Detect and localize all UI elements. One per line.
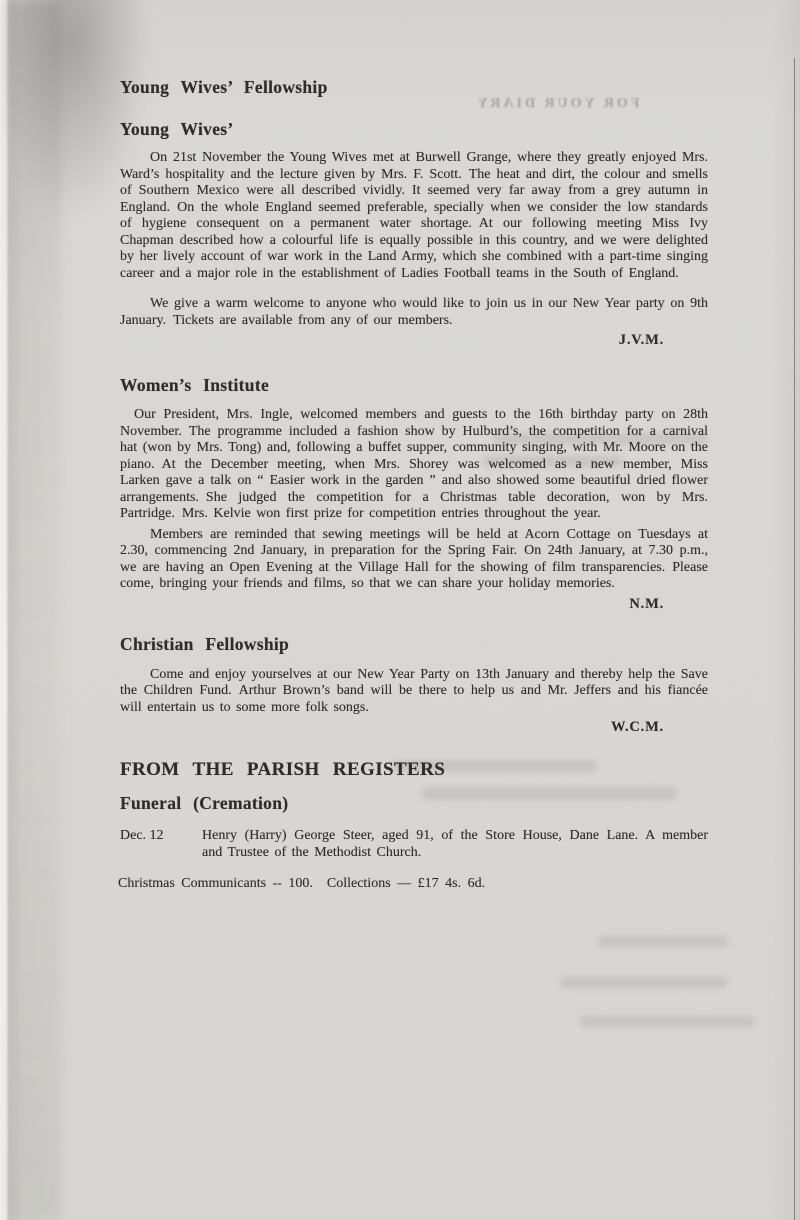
section-womens-institute: Women’s Institute Our President, Mrs. In… (120, 374, 708, 613)
paragraph: Come and enjoy yourselves at our New Yea… (120, 667, 708, 717)
heading-womens-institute: Women’s Institute (120, 374, 708, 396)
section-christian-fellowship: Christian Fellowship Come and enjoy your… (120, 633, 708, 737)
ghost-smudge (560, 977, 728, 988)
paragraph: On 21st November the Young Wives met at … (120, 150, 708, 282)
register-entry-text: Henry (Harry) George Steer, aged 91, of … (202, 828, 708, 861)
text-column: Young Wives’ Fellowship Young Wives’ On … (120, 76, 708, 892)
register-entry-date: Dec. 12 (120, 828, 202, 861)
heading-christian-fellowship: Christian Fellowship (120, 633, 708, 655)
heading-funeral-cremation: Funeral (Cremation) (120, 792, 708, 814)
section-young-wives: Young Wives’ On 21st November the Young … (120, 118, 708, 349)
signature-initials: N.M. (120, 595, 708, 613)
register-entry: Dec. 12 Henry (Harry) George Steer, aged… (120, 828, 708, 861)
ghost-smudge (598, 936, 728, 947)
paragraph: We give a warm welcome to anyone who wou… (120, 296, 708, 329)
section-parish-registers: FROM THE PARISH REGISTERS Funeral (Crema… (120, 758, 708, 892)
scanned-magazine-page: FOR YOUR DIARY Young Wives’ Fellowship Y… (0, 0, 800, 1220)
signature-initials: J.V.M. (120, 331, 708, 349)
heading-young-wives: Young Wives’ (120, 118, 708, 140)
scan-shadow-left (6, 0, 62, 1220)
heading-parish-registers: FROM THE PARISH REGISTERS (120, 758, 708, 782)
scan-shade-right (772, 0, 800, 1220)
ghost-smudge (580, 1016, 755, 1027)
heading-young-wives-fellowship: Young Wives’ Fellowship (120, 76, 708, 98)
communicants-collections-line: Christmas Communicants -- 100. Collectio… (118, 875, 708, 892)
section-young-wives-fellowship: Young Wives’ Fellowship (120, 76, 708, 98)
signature-initials: W.C.M. (120, 718, 708, 736)
page-edge-line (794, 58, 795, 1220)
paragraph: Members are reminded that sewing meeting… (120, 527, 708, 593)
paragraph: Our President, Mrs. Ingle, welcomed memb… (120, 407, 708, 523)
